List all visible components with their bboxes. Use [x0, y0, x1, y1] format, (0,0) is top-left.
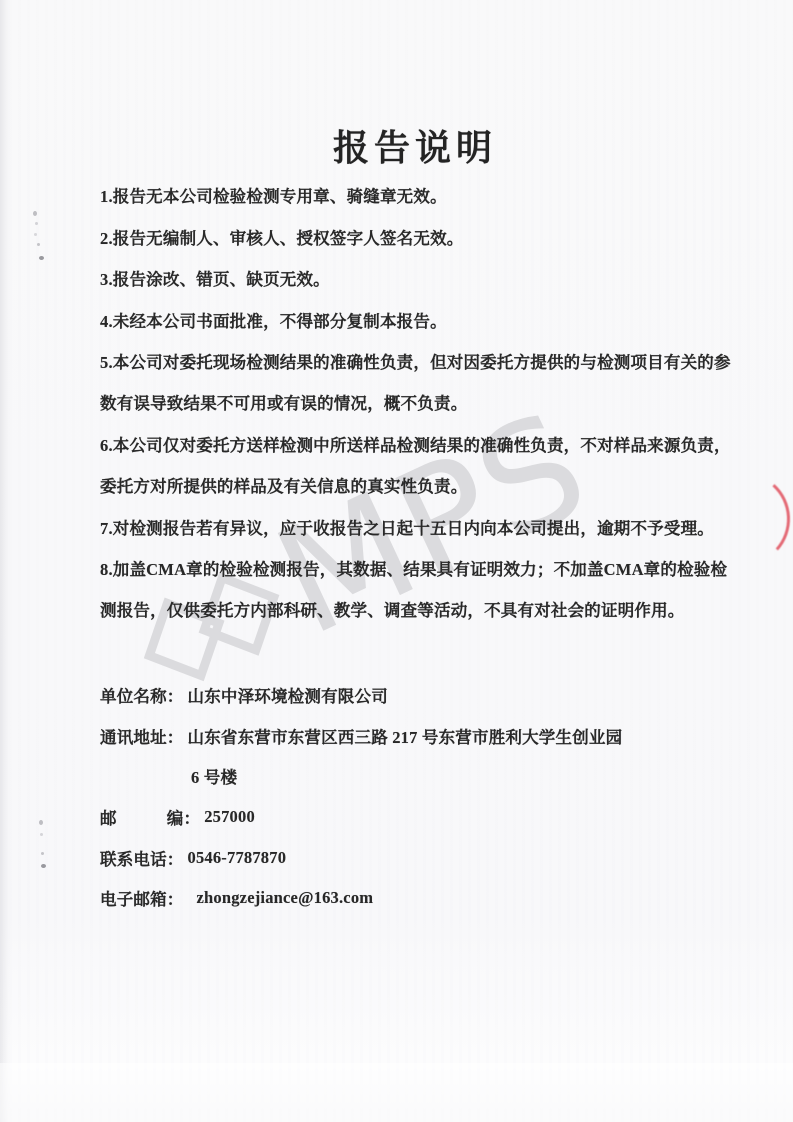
email-label: 电子邮箱：: [100, 886, 184, 910]
scan-bottom-band: [0, 1063, 793, 1122]
scan-edge-shadow: [0, 0, 10, 1122]
address-value-line2: 6 号楼: [191, 764, 237, 788]
postcode-value: 257000: [204, 807, 255, 827]
phone-label: 联系电话：: [100, 846, 184, 870]
postcode-label: 邮 编：: [100, 805, 200, 829]
note-line-1: 1.报告无本公司检验检测专用章、骑缝章无效。: [100, 175, 718, 216]
scan-speck: [37, 243, 40, 246]
note-line-2: 2.报告无编制人、审核人、授权签字人签名无效。: [100, 216, 718, 257]
note-line-8a: 8.加盖CMA章的检验检测报告，其数据、结果具有证明效力；不加盖CMA章的检验检: [100, 547, 718, 588]
contact-row-company: 单位名称： 山东中泽环境检测有限公司: [100, 675, 740, 716]
contact-row-address-line2: 6 号楼: [100, 756, 740, 797]
phone-value: 0546-7787870: [188, 848, 287, 868]
document-title: 报告说明: [333, 128, 497, 168]
report-notes: 1.报告无本公司检验检测专用章、骑缝章无效。 2.报告无编制人、审核人、授权签字…: [100, 175, 718, 630]
note-line-4: 4.未经本公司书面批准，不得部分复制本报告。: [100, 299, 718, 340]
contact-row-phone: 联系电话： 0546-7787870: [100, 837, 740, 878]
contact-row-email: 电子邮箱： zhongzejiance@163.com: [100, 878, 740, 919]
contact-row-address: 通讯地址： 山东省东营市东营区西三路 217 号东营市胜利大学生创业园: [100, 716, 740, 757]
email-value: zhongzejiance@163.com: [197, 888, 374, 908]
contact-row-postcode: 邮 编： 257000: [100, 797, 740, 838]
company-name-label: 单位名称：: [100, 683, 184, 707]
address-label: 通讯地址：: [100, 724, 184, 748]
note-line-8b: 测报告，仅供委托方内部科研、教学、调查等活动，不具有对社会的证明作用。: [100, 589, 718, 630]
scan-speck: [39, 256, 44, 260]
note-line-5b: 数有误导致结果不可用或有误的情况，概不负责。: [100, 382, 718, 423]
scan-speck: [39, 820, 43, 825]
scan-speck: [35, 222, 38, 225]
note-line-7: 7.对检测报告若有异议，应于收报告之日起十五日内向本公司提出，逾期不予受理。: [100, 506, 718, 547]
note-line-6a: 6.本公司仅对委托方送样检测中所送样品检测结果的准确性负责，不对样品来源负责，: [100, 423, 718, 464]
scan-speck: [40, 833, 43, 836]
note-line-3: 3.报告涂改、错页、缺页无效。: [100, 258, 718, 299]
scanned-report-page: MPS 报告说明 1.报告无本公司检验检测专用章、骑缝章无效。 2.报告无编制人…: [0, 0, 793, 1122]
address-value-line1: 山东省东营市东营区西三路 217 号东营市胜利大学生创业园: [188, 724, 623, 748]
scan-speck: [34, 233, 37, 236]
contact-block: 单位名称： 山东中泽环境检测有限公司 通讯地址： 山东省东营市东营区西三路 21…: [100, 675, 740, 919]
note-line-6b: 委托方对所提供的样品及有关信息的真实性负责。: [100, 465, 718, 506]
company-name-value: 山东中泽环境检测有限公司: [188, 683, 388, 707]
scan-speck: [41, 852, 44, 855]
note-line-5a: 5.本公司对委托现场检测结果的准确性负责，但对因委托方提供的与检测项目有关的参: [100, 340, 718, 381]
scan-speck: [41, 864, 46, 868]
scan-speck: [33, 211, 37, 216]
